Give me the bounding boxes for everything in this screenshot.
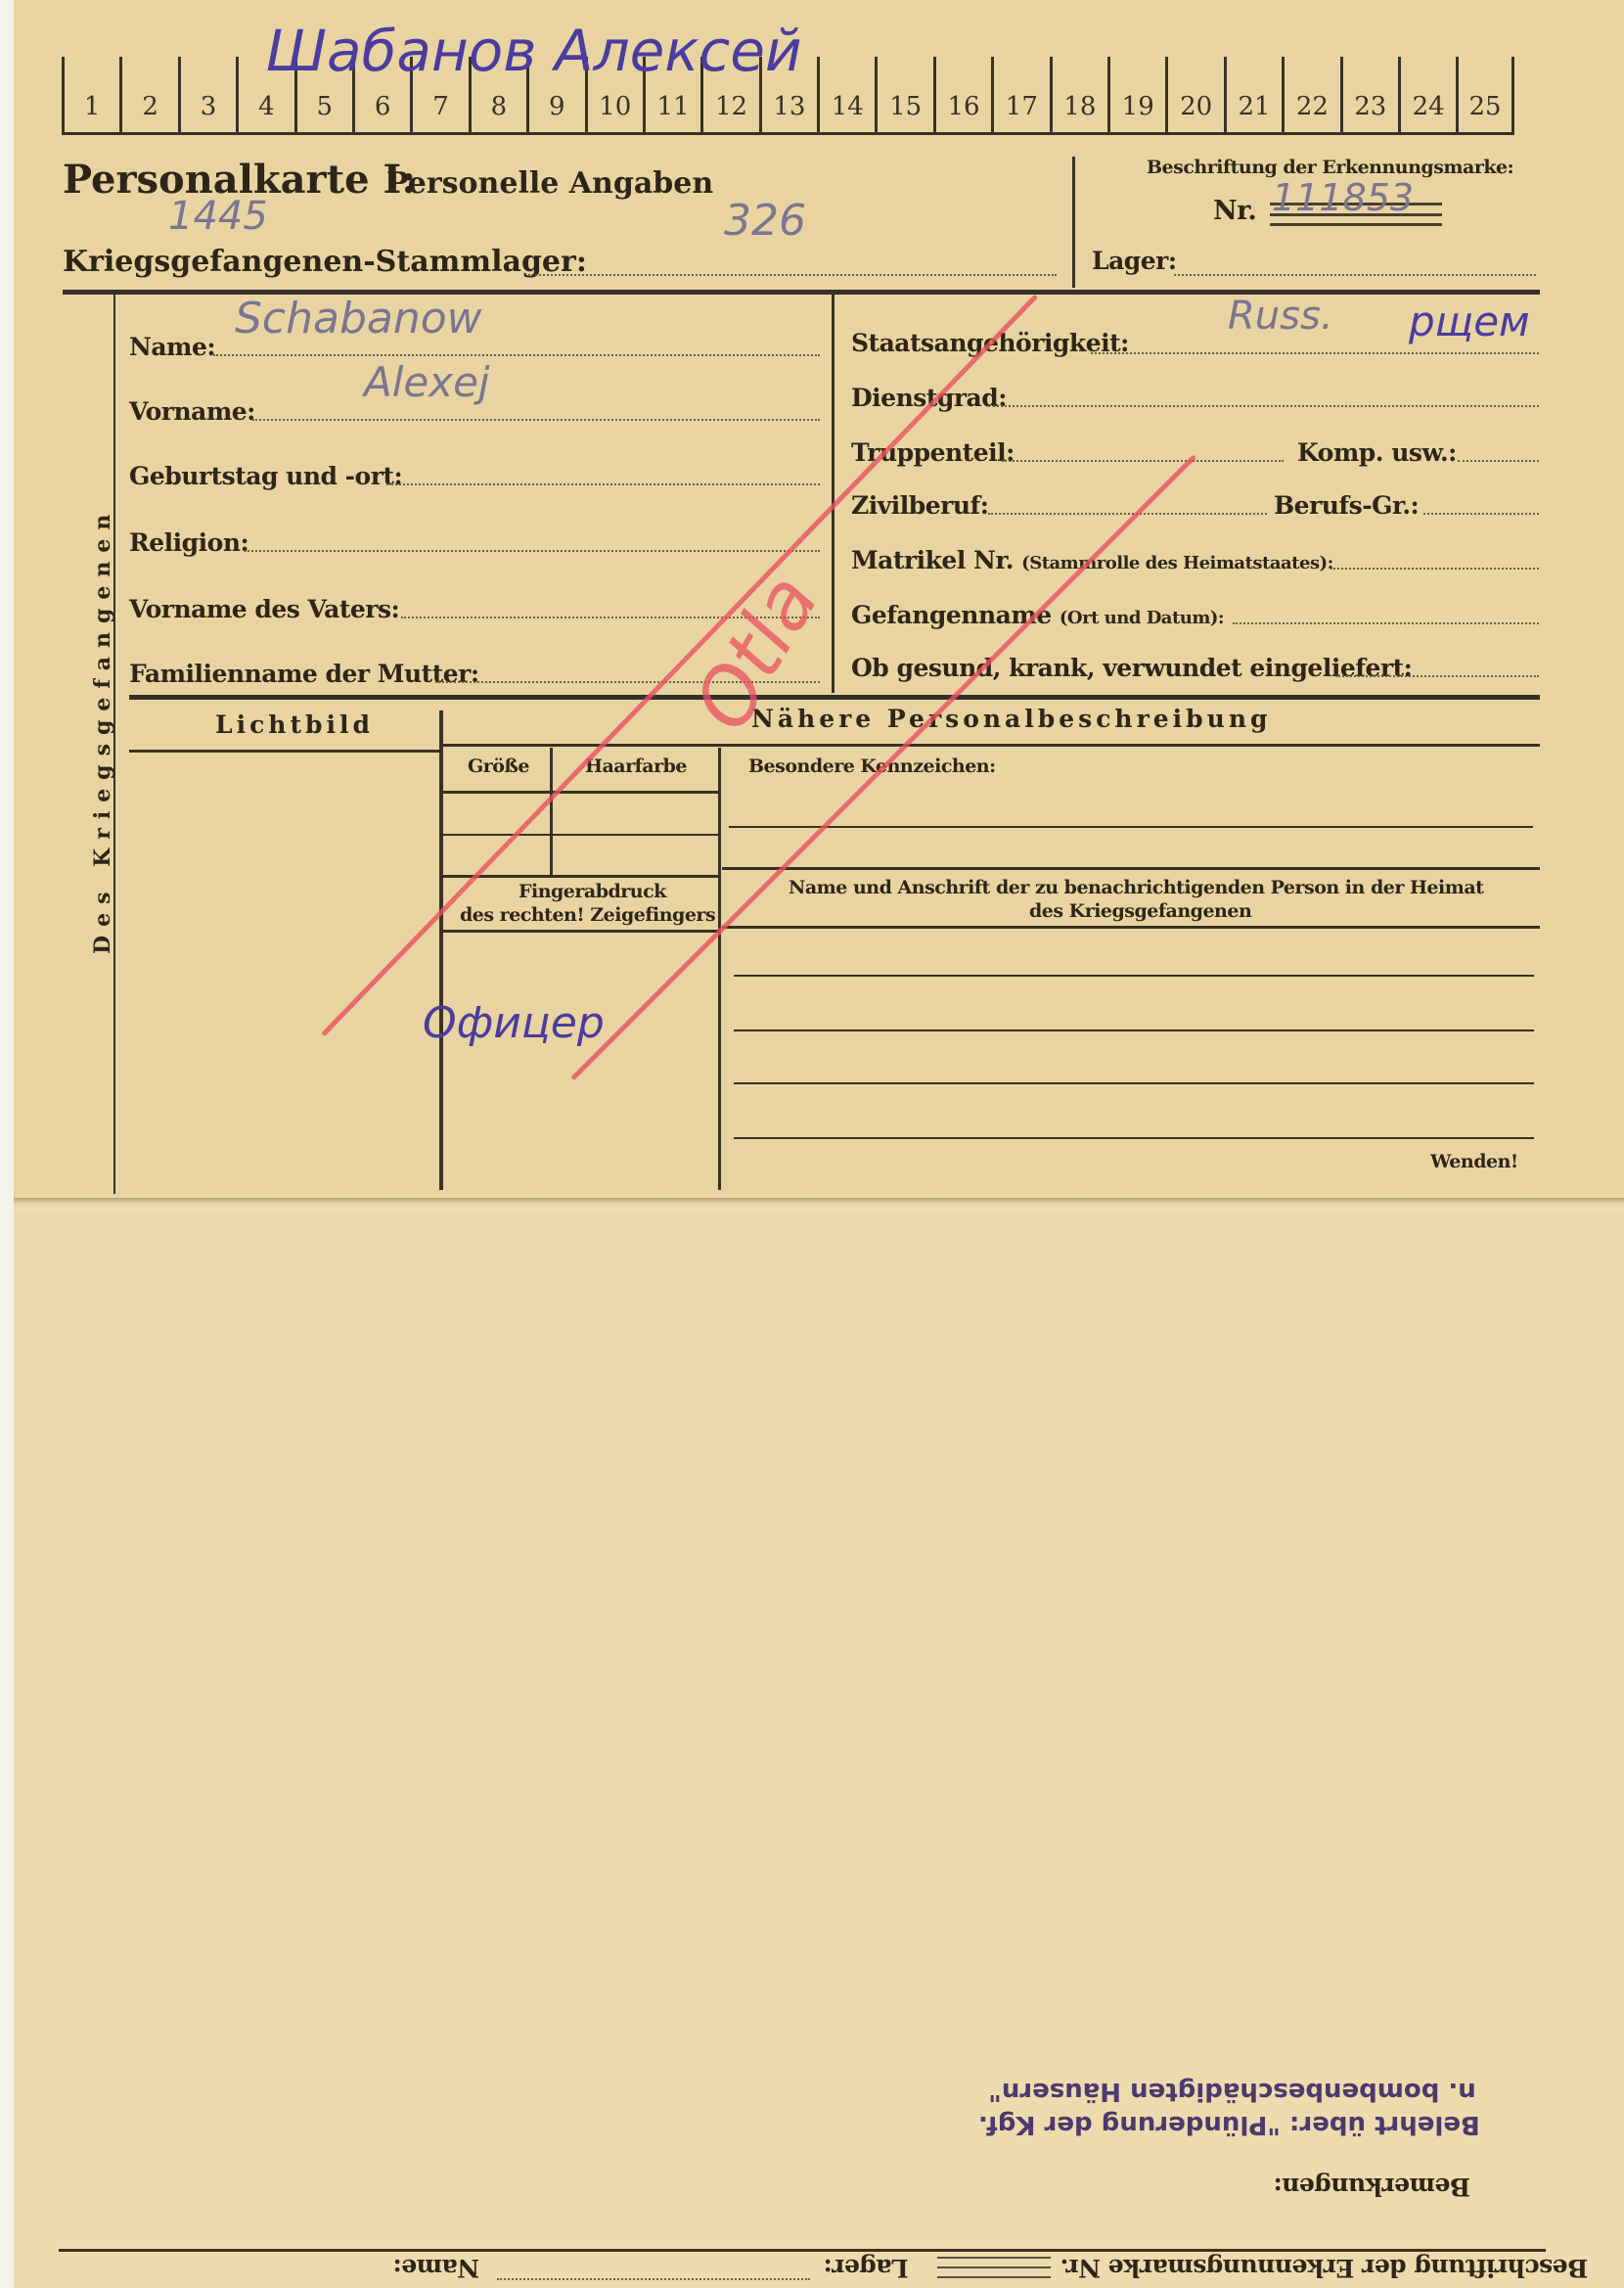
- notify-label-2: des Kriegsgefangenen: [1029, 900, 1251, 922]
- back-name-label: Name:: [393, 2254, 479, 2282]
- notify-line-1[interactable]: [734, 975, 1534, 977]
- photo-column-divider: [439, 710, 443, 1190]
- field-label-vater: Vorname des Vaters:: [129, 595, 399, 623]
- field-line-vorname[interactable]: [252, 419, 820, 421]
- notify-line-3[interactable]: [734, 1082, 1534, 1084]
- strip-cell: 25: [1456, 57, 1513, 135]
- strip-cell: 22: [1282, 57, 1339, 135]
- field-label-gesundheit: Ob gesund, krank, verwundet eingeliefert…: [851, 654, 1412, 682]
- field-value-staatsangehoerigkeit-2: рщем: [1409, 297, 1530, 345]
- finger-label-2: des rechten! Zeigefingers: [460, 904, 715, 926]
- notify-bottom-rule: [722, 926, 1540, 929]
- lichtbild-rule: [129, 750, 440, 753]
- back-nr-field: [937, 2257, 1051, 2278]
- field-value-vorname: Alexej: [364, 358, 490, 406]
- stammlager-value: 326: [724, 196, 806, 246]
- gefangenname-note: (Ort und Datum):: [1060, 608, 1224, 628]
- field-label-mutter: Familienname der Mutter:: [129, 660, 479, 688]
- finger-label-1: Fingerabdruck: [519, 881, 666, 902]
- section-title: Nähere Personalbeschreibung: [751, 705, 1272, 733]
- field-label-zivilberuf: Zivilberuf:: [851, 491, 988, 520]
- fields-divider: [832, 294, 835, 693]
- strip-cell: 1: [62, 57, 119, 135]
- stamp-note: Belehrt über: "Plünderung der Kgf. n. bo…: [978, 2075, 1480, 2141]
- field-line-dienstgrad[interactable]: [988, 405, 1539, 407]
- field-line-matrikel[interactable]: [1331, 568, 1539, 570]
- strip-cell: 16: [933, 57, 991, 135]
- stamp-line-1: Belehrt über: "Plünderung der Kgf.: [978, 2108, 1480, 2141]
- groesse-header-rule: [442, 791, 718, 794]
- strip-handwritten-name: Шабанов Алексей: [266, 18, 802, 84]
- side-label: Des Kriegsgefangenen: [90, 506, 115, 954]
- field-label-komp: Komp. usw.:: [1297, 438, 1457, 467]
- back-lager-line: [497, 2278, 810, 2280]
- description-divider: [718, 748, 721, 1190]
- field-line-truppenteil[interactable]: [1002, 460, 1284, 462]
- strip-cell: 17: [991, 57, 1049, 135]
- strip-cell: 23: [1340, 57, 1398, 135]
- erkennungsmarke-label: Beschriftung der Erkennungsmarke:: [1147, 157, 1513, 178]
- strip-cell: 2: [119, 57, 177, 135]
- haarfarbe-label: Haarfarbe: [585, 755, 687, 777]
- field-line-religion[interactable]: [245, 550, 820, 552]
- fields-bottom-rule: [129, 695, 1540, 700]
- matrikel-note: (Stammrolle des Heimatstaates):: [1021, 553, 1333, 573]
- field-line-gefangenname[interactable]: [1233, 622, 1539, 624]
- strip-cell: 18: [1050, 57, 1107, 135]
- back-bottom-rule: [59, 2249, 1546, 2252]
- strip-cell: 15: [875, 57, 932, 135]
- nr-label: Nr.: [1213, 196, 1256, 226]
- notify-label-1: Name und Anschrift der zu benachrichtige…: [789, 877, 1483, 898]
- fold-crease: [14, 1198, 1624, 1210]
- lager-label: Lager:: [1092, 247, 1177, 275]
- stammlager-label: Kriegsgefangenen-Stammlager:: [63, 245, 587, 279]
- strip-cell: 24: [1398, 57, 1456, 135]
- field-label-vorname: Vorname:: [129, 397, 255, 426]
- besondere-line-1[interactable]: [729, 826, 1533, 828]
- field-line-zivilberuf[interactable]: [988, 513, 1267, 515]
- finger-top-rule: [442, 875, 718, 878]
- stammlager-value-top: 1445: [168, 194, 268, 239]
- back-marke-label: Beschriftung der Erkennungsmarke Nr.: [1060, 2254, 1588, 2282]
- groesse-label: Größe: [468, 755, 529, 777]
- wenden-label: Wenden!: [1430, 1151, 1518, 1172]
- groesse-value-rule: [442, 834, 718, 836]
- strip-cell: 20: [1165, 57, 1223, 135]
- notify-top-rule: [722, 867, 1540, 870]
- strip-cell: 19: [1107, 57, 1165, 135]
- field-label-berufsgr: Berufs-Gr.:: [1274, 491, 1419, 520]
- field-line-geburtstag[interactable]: [386, 483, 820, 485]
- strip-cell: 14: [817, 57, 875, 135]
- back-lager-label: Lager:: [824, 2254, 909, 2282]
- notify-line-2[interactable]: [734, 1030, 1534, 1031]
- field-line-berufsgr[interactable]: [1423, 513, 1539, 515]
- groesse-divider: [550, 748, 553, 875]
- field-label-name: Name:: [129, 333, 215, 361]
- field-value-name: Schabanow: [235, 294, 482, 343]
- stamp-line-2: n. bombenbeschädigten Häusern": [978, 2075, 1480, 2108]
- finger-bottom-rule: [442, 930, 718, 933]
- notify-line-4[interactable]: [734, 1137, 1534, 1139]
- field-label-religion: Religion:: [129, 528, 248, 557]
- field-line-gesundheit[interactable]: [1335, 675, 1539, 677]
- header-divider: [1072, 157, 1075, 288]
- field-value-staatsangehoerigkeit: Russ.: [1228, 294, 1333, 339]
- matrikel-label: Matrikel Nr.: [851, 546, 1014, 574]
- bemerkungen-label: Bemerkungen:: [1274, 2173, 1470, 2201]
- card-subtitle: Personelle Angaben: [386, 166, 713, 201]
- field-label-geburtstag: Geburtstag und -ort:: [129, 462, 402, 490]
- officer-note: Офицер: [423, 998, 605, 1048]
- strip-cell: 3: [178, 57, 236, 135]
- nr-value: 111853: [1272, 176, 1414, 219]
- lager-line: [1174, 274, 1536, 276]
- field-line-komp[interactable]: [1458, 460, 1539, 462]
- field-line-name[interactable]: [213, 354, 820, 356]
- field-line-staatsangehoerigkeit[interactable]: [1091, 352, 1539, 354]
- stammlager-line: [528, 274, 1057, 276]
- lichtbild-label: Lichtbild: [215, 710, 374, 739]
- strip-cell: 21: [1224, 57, 1282, 135]
